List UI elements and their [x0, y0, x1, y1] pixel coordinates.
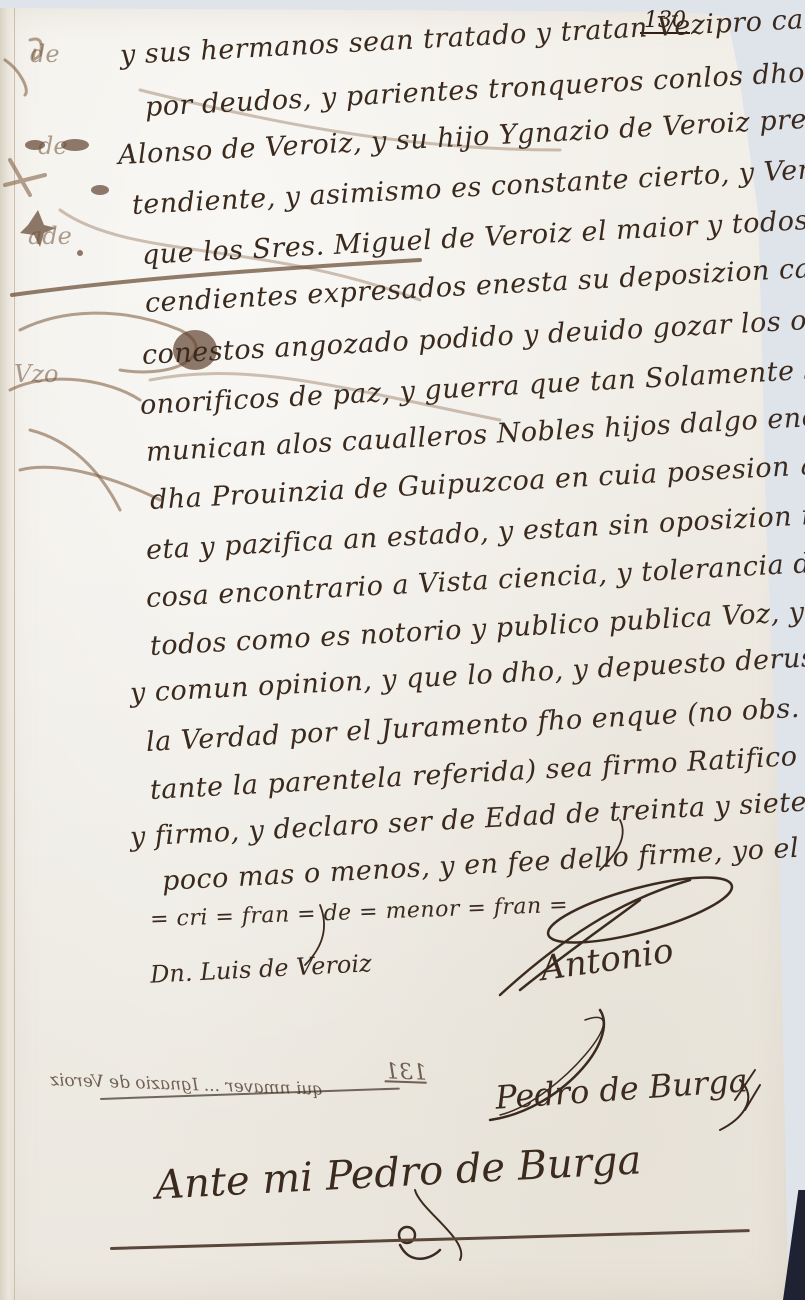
binding-gutter — [0, 8, 15, 1300]
margin-fragment: de — [38, 132, 68, 160]
bleed-through-mirrored-number: 131 — [385, 1059, 428, 1085]
margin-fragment: de — [30, 40, 60, 68]
margin-fragment: Vzo — [14, 360, 58, 388]
scanned-page: 130 y sus hermanos sean tratado y tratan… — [0, 0, 805, 1300]
margin-fragment: ade — [28, 222, 72, 250]
